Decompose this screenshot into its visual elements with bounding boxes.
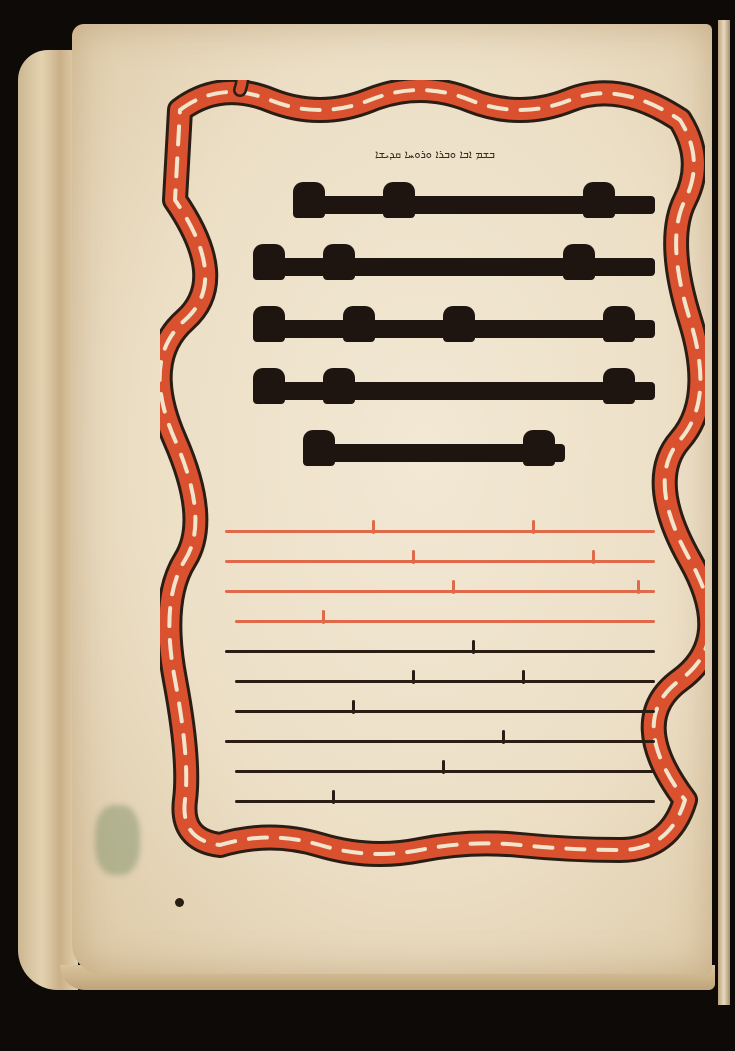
black-text-line	[215, 788, 655, 812]
page-edges-left	[18, 50, 78, 990]
title-line	[215, 236, 655, 292]
ink-blot	[175, 898, 184, 907]
heading-line: ܒܫܡ ܐܒܐ ܘܒܪܐ ܘܪܘܚܐ ܩܕܝܫܐ	[215, 148, 655, 168]
book-spine	[718, 20, 730, 1005]
red-text-line	[215, 608, 655, 632]
title-line	[215, 298, 655, 354]
title-line	[215, 360, 655, 416]
black-text-line	[215, 638, 655, 662]
black-text-line	[215, 698, 655, 722]
black-text-line	[215, 758, 655, 782]
black-text-line	[215, 728, 655, 752]
green-stain	[95, 805, 140, 875]
title-line	[215, 422, 655, 478]
text-block: ܒܫܡ ܐܒܐ ܘܒܪܐ ܘܪܘܚܐ ܩܕܝܫܐ	[215, 148, 655, 818]
red-text-line	[215, 578, 655, 602]
red-text-line	[215, 548, 655, 572]
red-text-line	[215, 518, 655, 542]
title-line	[215, 174, 655, 230]
black-text-line	[215, 668, 655, 692]
